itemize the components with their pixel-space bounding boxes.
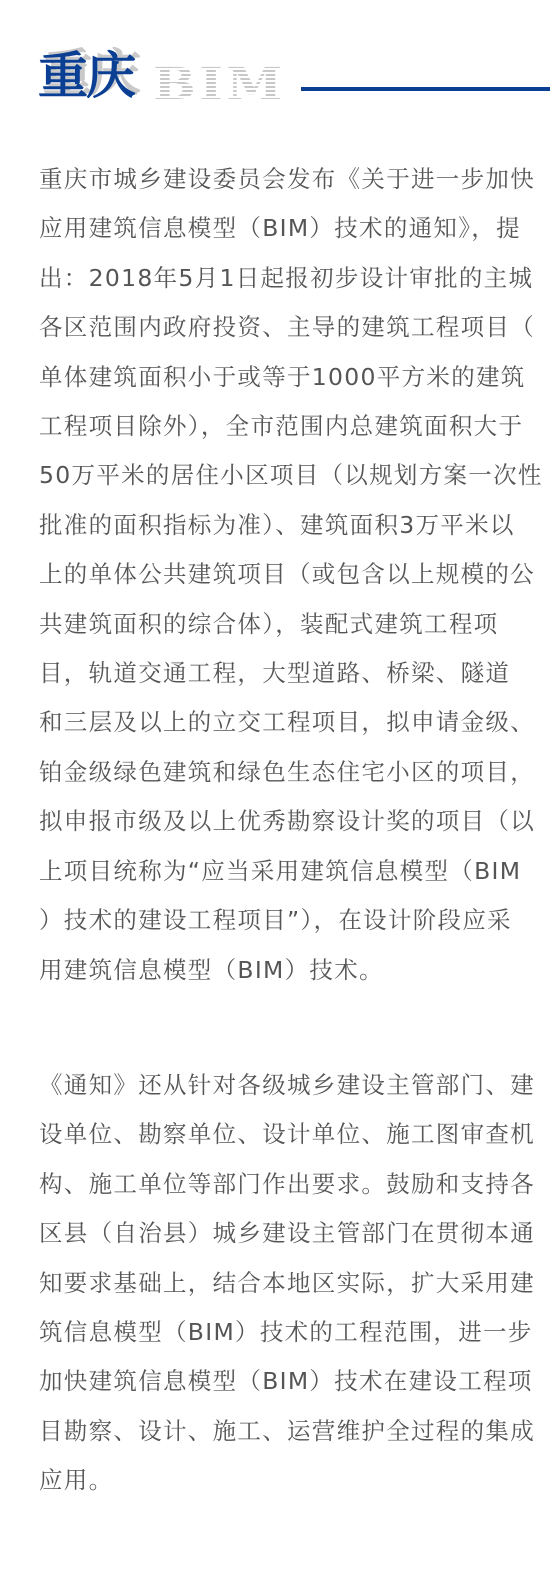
text-line: 共建筑面积的综合体），装配式建筑工程项 — [39, 600, 519, 649]
paragraph-2: 《通知》还从针对各级城乡建设主管部门、建 设单位、勘察单位、设计单位、施工图审查… — [39, 1061, 519, 1506]
text-line: 和三层及以上的立交工程项目，拟申请金级、 — [39, 698, 519, 747]
text-line: 筑信息模型（BIM）技术的工程范围，进一步 — [39, 1308, 519, 1357]
text-line: ）技术的建设工程项目”），在设计阶段应采 — [39, 896, 519, 945]
article-body: 重庆市城乡建设委员会发布《关于进一步加快 应用建筑信息模型（BIM）技术的通知》… — [39, 155, 519, 1506]
text-line: 知要求基础上，结合本地区实际，扩大采用建 — [39, 1259, 519, 1308]
header-title-bim: BIM — [153, 62, 286, 108]
text-line: 铂金级绿色建筑和绿色生态住宅小区的项目， — [39, 748, 519, 797]
text-line: 工程项目除外），全市范围内总建筑面积大于 — [39, 402, 519, 451]
text-line: 设单位、勘察单位、设计单位、施工图审查机 — [39, 1110, 519, 1159]
text-line: 批准的面积指标为准）、建筑面积3万平米以 — [39, 501, 519, 550]
text-line: 重庆市城乡建设委员会发布《关于进一步加快 — [39, 155, 519, 204]
section-header: 重庆 BIM — [0, 0, 550, 130]
text-line: 加快建筑信息模型（BIM）技术在建设工程项 — [39, 1357, 519, 1406]
text-line: 上项目统称为“应当采用建筑信息模型（BIM — [39, 847, 519, 896]
text-line: 《通知》还从针对各级城乡建设主管部门、建 — [39, 1061, 519, 1110]
text-line: 目，轨道交通工程，大型道路、桥梁、隧道 — [39, 649, 519, 698]
paragraph-spacer — [39, 995, 519, 1061]
text-line: 应用建筑信息模型（BIM）技术的通知》，提 — [39, 204, 519, 253]
text-line: 单体建筑面积小于或等于1000平方米的建筑 — [39, 353, 519, 402]
header-title-chongqing: 重庆 — [38, 46, 134, 106]
text-line: 50万平米的居住小区项目（以规划方案一次性 — [39, 451, 519, 500]
text-line: 应用。 — [39, 1456, 519, 1505]
text-line: 出：2018年5月1日起报初步设计审批的主城 — [39, 254, 519, 303]
text-line: 区县（自治县）城乡建设主管部门在贯彻本通 — [39, 1209, 519, 1258]
text-line: 各区范围内政府投资、主导的建筑工程项目（ — [39, 303, 519, 352]
text-line: 构、施工单位等部门作出要求。鼓励和支持各 — [39, 1160, 519, 1209]
text-line: 拟申报市级及以上优秀勘察设计奖的项目（以 — [39, 797, 519, 846]
text-line: 目勘察、设计、施工、运营维护全过程的集成 — [39, 1407, 519, 1456]
text-line: 上的单体公共建筑项目（或包含以上规模的公 — [39, 550, 519, 599]
text-line: 用建筑信息模型（BIM）技术。 — [39, 946, 519, 995]
paragraph-1: 重庆市城乡建设委员会发布《关于进一步加快 应用建筑信息模型（BIM）技术的通知》… — [39, 155, 519, 995]
header-divider-line — [301, 87, 550, 91]
